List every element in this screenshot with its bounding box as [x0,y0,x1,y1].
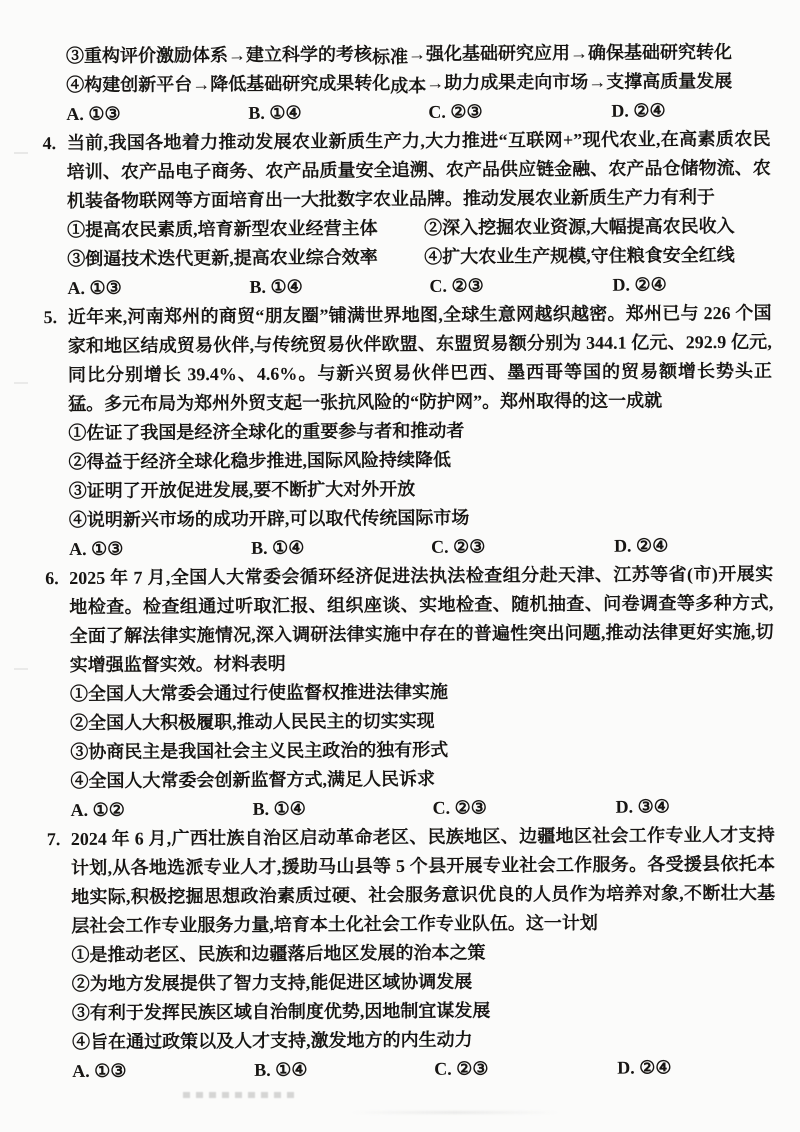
choice-b: B. ①④ [249,272,429,302]
choice-b: B. ①④ [253,794,433,824]
question-6-stem: 6.2025 年 7 月,全国人大常委会循环经济促进法执法检查组分赴天津、江苏等… [45,560,774,680]
choice-a: A. ①② [71,795,253,825]
question-6: 6.2025 年 7 月,全国人大常委会循环经济促进法执法检查组分赴天津、江苏等… [45,560,775,825]
statement-4: ④扩大农业生产规模,守住粮食安全红线 [424,245,735,267]
question-stem-text: 近年来,河南郑州的商贸“朋友圈”铺满世界地图,全球生意网越织越密。郑州已与 22… [68,303,772,414]
question-5: 5.近年来,河南郑州的商贸“朋友圈”铺满世界地图,全球生意网越织越密。郑州已与 … [44,299,774,564]
question-5-stem: 5.近年来,河南郑州的商贸“朋友圈”铺满世界地图,全球生意网越织越密。郑州已与 … [44,299,773,419]
choice-d: D. ②④ [614,531,668,560]
question-4-options-row-2: ③倒逼技术迭代更新,提高农业综合效率④扩大农业生产规模,守住粮食安全红线 [43,241,771,274]
question-number: 7. [47,825,71,854]
question-3-statement-3: ③重构评价激励体系→建立科学的考核标准→强化基础研究应用→确保基础研究转化 [42,38,770,71]
question-7-statement-4: ④旨在通过政策以及人才支持,激发地方的内生动力 [48,1024,776,1057]
question-6-statement-4: ④全国人大常委会创新监督方式,满足人民诉求 [46,763,774,796]
question-3-tail: ③重构评价激励体系→建立科学的考核标准→强化基础研究应用→确保基础研究转化 ④构… [42,38,771,129]
statement-text: ④构建创新平台→降低基础研究成果转化 [66,73,390,95]
question-6-statement-1: ①全国人大常委会通过行使监督权推进法律实施 [46,676,774,709]
choice-c: C. ②③ [433,793,616,823]
statement-1: ①提高农民素质,培育新型农业经营主体 [67,214,424,245]
question-7-statement-1: ①是推动老区、民族和边疆落后地区发展的治本之策 [47,937,775,970]
statement-text: →助力成果走向市场→支撑高质量发展 [426,71,732,93]
question-7-statement-3: ③有利于发挥民族区域自治制度优势,因地制宜谋发展 [48,995,776,1028]
question-stem-text: 2025 年 7 月,全国人大常委会循环经济促进法执法检查组分赴天津、江苏等省(… [69,564,773,675]
choice-a: A. ①③ [66,99,248,129]
question-3-answer-row: A. ①③B. ①④C. ②③D. ②④ [42,96,770,129]
question-6-answer-row: A. ①②B. ①④C. ②③D. ③④ [47,792,775,825]
question-5-answer-row: A. ①③B. ①④C. ②③D. ②④ [45,531,773,564]
statement-2: ②深入挖掘农业资源,大幅提高农民收入 [424,216,735,238]
question-5-statement-3: ③证明了开放促进发展,要不断扩大对外开放 [45,473,773,506]
question-stem-text: 2024 年 6 月,广西壮族自治区启动革命老区、民族地区、边疆地区社会工作专业… [71,825,775,936]
choice-b: B. ①④ [254,1055,434,1085]
statement-text: ③重构评价激励体系→建立科学的考核 [66,44,372,66]
question-4-options-row-1: ①提高农民素质,培育新型农业经营主体②深入挖掘农业资源,大幅提高农民收入 [43,212,771,245]
question-7: 7.2024 年 6 月,广西壮族自治区启动革命老区、民族地区、边疆地区社会工作… [47,821,777,1086]
choice-d: D. ②④ [617,1053,671,1082]
choice-d: D. ②④ [612,270,666,299]
scan-smudge [350,1111,560,1114]
question-7-statement-2: ②为地方发展提供了智力支持,能促进区域协调发展 [48,966,776,999]
statement-text-dipped: 成本 [390,76,426,96]
statement-3: ③倒逼技术迭代更新,提高农业综合效率 [67,243,424,274]
question-6-statement-2: ②全国人大积极履职,推动人民民主的切实实现 [46,705,774,738]
question-3-statement-4: ④构建创新平台→降低基础研究成果转化成本→助力成果走向市场→支撑高质量发展 [42,67,770,100]
exam-page: ③重构评价激励体系→建立科学的考核标准→强化基础研究应用→确保基础研究转化 ④构… [0,0,800,1086]
choice-a: A. ①③ [67,273,249,303]
choice-c: C. ②③ [431,532,614,562]
choice-d: D. ②④ [611,96,665,125]
question-7-stem: 7.2024 年 6 月,广西壮族自治区启动革命老区、民族地区、边疆地区社会工作… [47,821,776,941]
choice-c: C. ②③ [428,97,611,127]
statement-text-dipped: 标准 [372,47,408,67]
question-6-statement-3: ③协商民主是我国社会主义民主政治的独有形式 [46,734,774,767]
question-5-statement-4: ④说明新兴市场的成功开辟,可以取代传统国际市场 [45,502,773,535]
choice-b: B. ①④ [251,533,431,563]
question-4-answer-row: A. ①③B. ①④C. ②③D. ②④ [43,270,771,303]
question-stem-text: 当前,我国各地着力推动发展农业新质生产力,大力推进“互联网+”现代农业,在高素质… [66,129,770,211]
question-number: 5. [44,303,68,332]
scan-smudge [183,1092,295,1098]
choice-c: C. ②③ [434,1054,617,1084]
question-number: 6. [45,564,69,593]
choice-c: C. ②③ [429,271,612,301]
question-5-statement-1: ①佐证了我国是经济全球化的重要参与者和推动者 [44,415,772,448]
question-4-stem: 4.当前,我国各地着力推动发展农业新质生产力,大力推进“互联网+”现代农业,在高… [42,125,771,216]
choice-d: D. ③④ [616,792,670,821]
question-number: 4. [42,129,66,158]
question-4: 4.当前,我国各地着力推动发展农业新质生产力,大力推进“互联网+”现代农业,在高… [42,125,771,303]
choice-a: A. ①③ [69,534,251,564]
choice-a: A. ①③ [72,1056,254,1086]
statement-text: →强化基础研究应用→确保基础研究转化 [408,42,732,64]
question-5-statement-2: ②得益于经济全球化稳步推进,国际风险持续降低 [44,444,772,477]
choice-b: B. ①④ [248,98,428,128]
question-7-answer-row: A. ①③B. ①④C. ②③D. ②④ [48,1053,776,1086]
